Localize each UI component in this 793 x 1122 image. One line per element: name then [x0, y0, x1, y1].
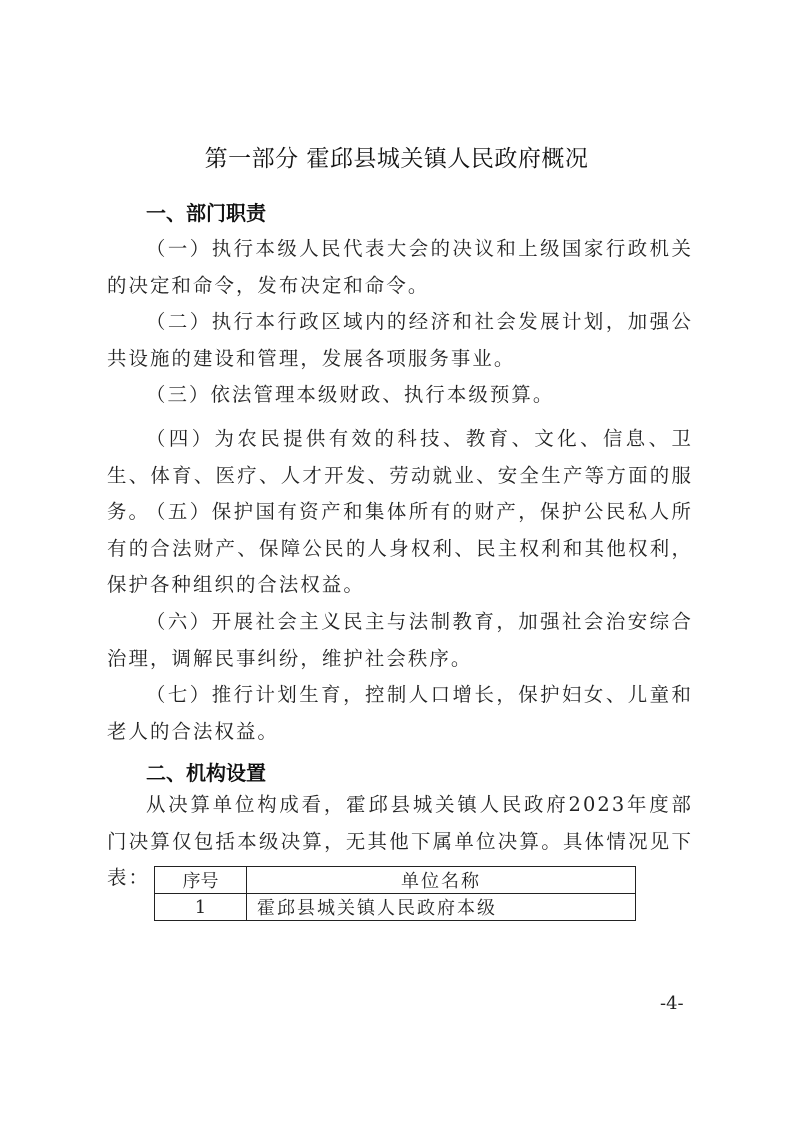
table-header-unit-name: 单位名称 — [247, 867, 636, 894]
document-page: 第一部分 霍邱县城关镇人民政府概况 一、部门职责 （一）执行本级人民代表大会的决… — [0, 0, 793, 1122]
paragraph-duty-5: （五）保护国有资产和集体所有的财产，保护公民私人所有的合法财产、保障公民的人身权… — [107, 494, 693, 604]
paragraph-duty-3: （三）依法管理本级财政、执行本级预算。 — [107, 377, 693, 414]
section-heading-duties: 一、部门职责 — [146, 197, 266, 226]
paragraph-duty-2: （二）执行本行政区域内的经济和社会发展计划，加强公共设施的建设和管理，发展各项服… — [107, 304, 693, 377]
unit-table: 序号 单位名称 1 霍邱县城关镇人民政府本级 — [154, 866, 636, 921]
table-cell-unit-name: 霍邱县城关镇人民政府本级 — [247, 894, 636, 921]
section-heading-structure: 二、机构设置 — [146, 757, 266, 786]
table-row: 1 霍邱县城关镇人民政府本级 — [155, 894, 636, 921]
paragraph-duty-7: （七）推行计划生育，控制人口增长，保护妇女、儿童和老人的合法权益。 — [107, 677, 693, 750]
page-number: -4- — [660, 993, 684, 1014]
table-cell-index: 1 — [155, 894, 247, 921]
table-header-index: 序号 — [155, 867, 247, 894]
page-title: 第一部分 霍邱县城关镇人民政府概况 — [0, 140, 793, 173]
table-header-row: 序号 单位名称 — [155, 867, 636, 894]
paragraph-duty-1: （一）执行本级人民代表大会的决议和上级国家行政机关的决定和命令，发布决定和命令。 — [107, 231, 693, 304]
paragraph-duty-6: （六）开展社会主义民主与法制教育，加强社会治安综合治理，调解民事纠纷，维护社会秩… — [107, 604, 693, 677]
